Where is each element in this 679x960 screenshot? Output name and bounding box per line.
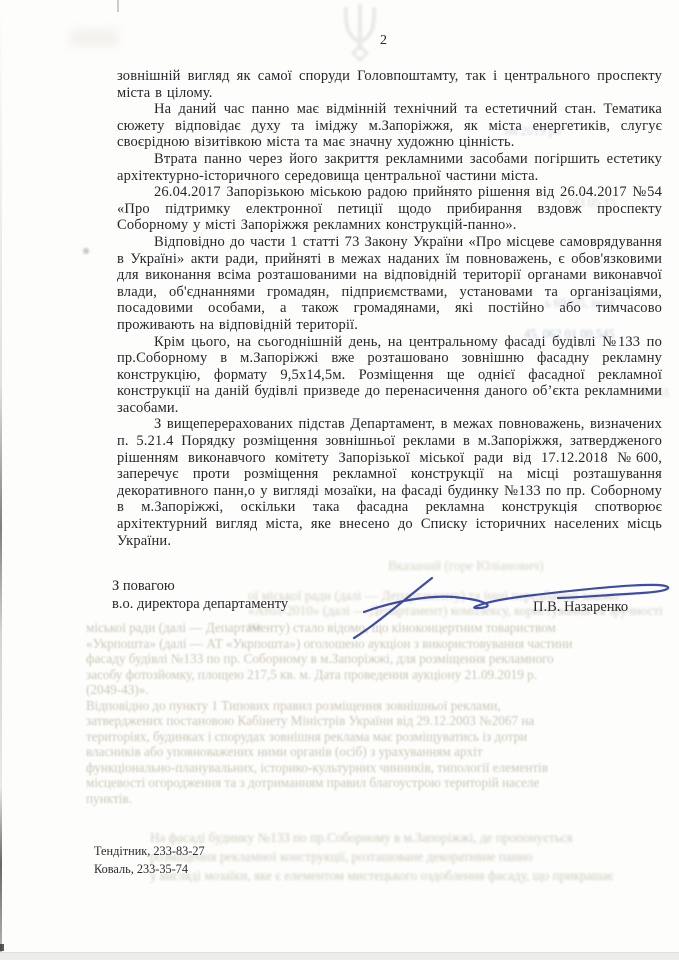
page-number: 2 (380, 33, 387, 49)
scan-smudge (70, 30, 118, 46)
paragraph: Відповідно до части 1 статті 73 Закону У… (117, 234, 662, 334)
bleedthrough-line: фасаду будівлі №133 по пр. Соборному в м… (86, 651, 674, 667)
paragraph: З вищеперерахованих підстав Департамент,… (117, 416, 662, 549)
bleedthrough-line: територіях, будинках і спорудах зовнішня… (86, 729, 674, 745)
bleedthrough-line: Відповідно до пункту 1 Типових правил ро… (86, 698, 674, 714)
bleedthrough-line: у вигляді мозаїки, яке є елементом мисте… (150, 866, 662, 885)
bleedthrough-line: розміщення рекламної конструкції, розташ… (150, 847, 662, 866)
contact-line: Тендітник, 233-83-27 (94, 842, 205, 860)
bleedthrough-line: На фасаді будинку №133 по пр.Соборному в… (150, 828, 662, 847)
bleedthrough-line: функціонально-планувальних, історико-кул… (86, 760, 674, 776)
document-body: зовнішній вигляд як самої споруди Головп… (117, 68, 662, 549)
scan-speck (83, 248, 89, 254)
paragraph: 26.04.2017 Запорізькою міською радою при… (117, 184, 662, 234)
scanned-letter-page: 2 Вказаний (горе Юліанович) ої міської р… (0, 0, 679, 960)
footer-contacts: Тендітник, 233-83-27Коваль, 233-35-74 (94, 842, 205, 878)
scan-bottom-edge (0, 952, 679, 960)
bleedthrough-block: міської ради (далі — Департаменту) стало… (86, 620, 674, 806)
paragraph: На даний час панно має відмінній технічн… (117, 101, 662, 151)
bleedthrough-line: (2049-43)». (86, 682, 674, 698)
bleedthrough-line: місцевості огородження та з дотриманням … (86, 775, 674, 791)
scan-tick-mark (117, 0, 119, 12)
paragraph: зовнішній вигляд як самої споруди Головп… (117, 68, 662, 101)
tryzub-watermark-icon (336, 2, 384, 64)
signer-title: в.о. директора департаменту (112, 596, 288, 613)
bleedthrough-line: затверджених постановою Кабінету Міністр… (86, 713, 674, 729)
bleedthrough-block: На фасаді будинку №133 по пр.Соборному в… (150, 828, 662, 885)
bleedthrough-line: власників або уповноважених ними органів… (86, 744, 674, 760)
contact-line: Коваль, 233-35-74 (94, 860, 205, 878)
bleedthrough-line: пунктів. (86, 791, 674, 807)
paragraph: Втрата панно через його закриття рекламн… (117, 151, 662, 184)
signer-name: П.В. Назаренко (533, 599, 628, 616)
closing-salutation: З повагою (112, 578, 175, 595)
scan-speck (0, 944, 4, 951)
scan-left-edge (0, 0, 2, 960)
paragraph: Крім цього, на сьогоднішній день, на цен… (117, 334, 662, 417)
bleedthrough-line: засобу фотозйомку, площею 217,5 кв. м. Д… (86, 667, 674, 683)
